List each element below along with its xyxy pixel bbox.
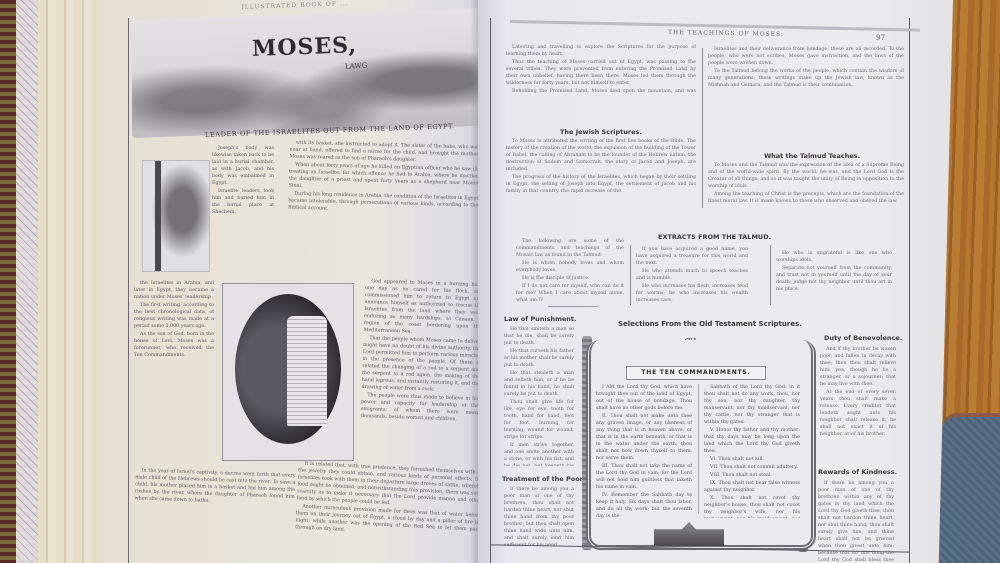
lower-left-wide-column: In the year of Israel's captivity, a dec… bbox=[132, 467, 295, 563]
heading-jewish-scriptures: The Jewish Scriptures. bbox=[560, 128, 642, 136]
banner-subtitle: LAWG bbox=[345, 61, 368, 70]
ten-commandments-title: THE TEN COMMANDMENTS. bbox=[626, 366, 766, 380]
top-right-column: Israelites and their deliverance from bo… bbox=[708, 46, 904, 136]
heading-rewards-of-kindness: Rewards of Kindness. bbox=[818, 468, 897, 476]
heading-selections: Selections From the Old Testament Script… bbox=[618, 320, 802, 328]
commandments-divider bbox=[698, 384, 699, 514]
top-left-column: Laboring and travelling to explore the S… bbox=[506, 44, 696, 94]
left-page: ILLUSTRATED BOOK OF ... MOSES, LAWG LEAD… bbox=[100, 0, 485, 563]
talmud-function-text: To Moses and the Talmud was the expressi… bbox=[708, 162, 904, 224]
duty-of-benevolence-text: And if thy brother be waxen poor, and fa… bbox=[820, 346, 896, 462]
right-page: THE TEACHINGS OF MOSES. 97 Laboring and … bbox=[478, 0, 953, 563]
chapter-title: MOSES, bbox=[252, 32, 358, 62]
law-of-punishment-text: He that smiteth a man so that he die, sh… bbox=[504, 326, 574, 466]
column-divider bbox=[702, 48, 703, 208]
moses-portrait-illustration bbox=[222, 283, 354, 461]
short-rule bbox=[548, 306, 598, 307]
carpet-corner bbox=[940, 413, 1000, 563]
commandments-right-column: Sabbath of the Lord thy God: in it thou … bbox=[704, 384, 800, 518]
right-column-upper: with its basket, she instructed to adopt… bbox=[286, 140, 480, 285]
page-number: 97 bbox=[876, 34, 885, 42]
heading-extracts-talmud: EXTRACTS FROM THE TALMUD. bbox=[658, 233, 771, 241]
heading-treatment-of-poor: Treatment of the Poor. bbox=[502, 475, 584, 483]
heading-talmud-function: What the Talmud Teaches. bbox=[764, 152, 860, 160]
right-column-lower: It is related that, with true prudence, … bbox=[294, 460, 484, 563]
extracts-column-1: The following are some of the commandmen… bbox=[516, 238, 624, 302]
commandments-left-column: I AM the Lord thy God, which have brough… bbox=[596, 384, 692, 518]
extracts-column-2: If you have acquired a good name, you ha… bbox=[636, 246, 748, 306]
title-banner-illustration bbox=[132, 8, 480, 138]
extracts-divider-1 bbox=[630, 245, 631, 305]
intro-column: Joseph's body was likewise taken back to… bbox=[212, 145, 274, 285]
tablets-of-law-icon bbox=[287, 316, 327, 426]
jewish-scriptures-text: To Moses is attributed the writing of th… bbox=[506, 138, 696, 210]
extracts-column-3: He who is ungrateful is like one who wor… bbox=[776, 250, 892, 314]
extracts-divider-2 bbox=[770, 245, 771, 305]
treatment-of-poor-text: If there be among you a poor man of one … bbox=[504, 486, 574, 548]
heading-duty-of-benevolence: Duty of Benevolence. bbox=[824, 334, 902, 342]
lower-left-column: the Israelites in Arabia, and later in E… bbox=[134, 280, 214, 470]
column-vignette-illustration bbox=[142, 160, 210, 272]
heading-law-of-punishment: Law of Punishment. bbox=[504, 315, 576, 323]
right-column-middle: God appeared to Moses in a burning bush … bbox=[359, 278, 484, 472]
portrait-oval bbox=[235, 294, 341, 444]
